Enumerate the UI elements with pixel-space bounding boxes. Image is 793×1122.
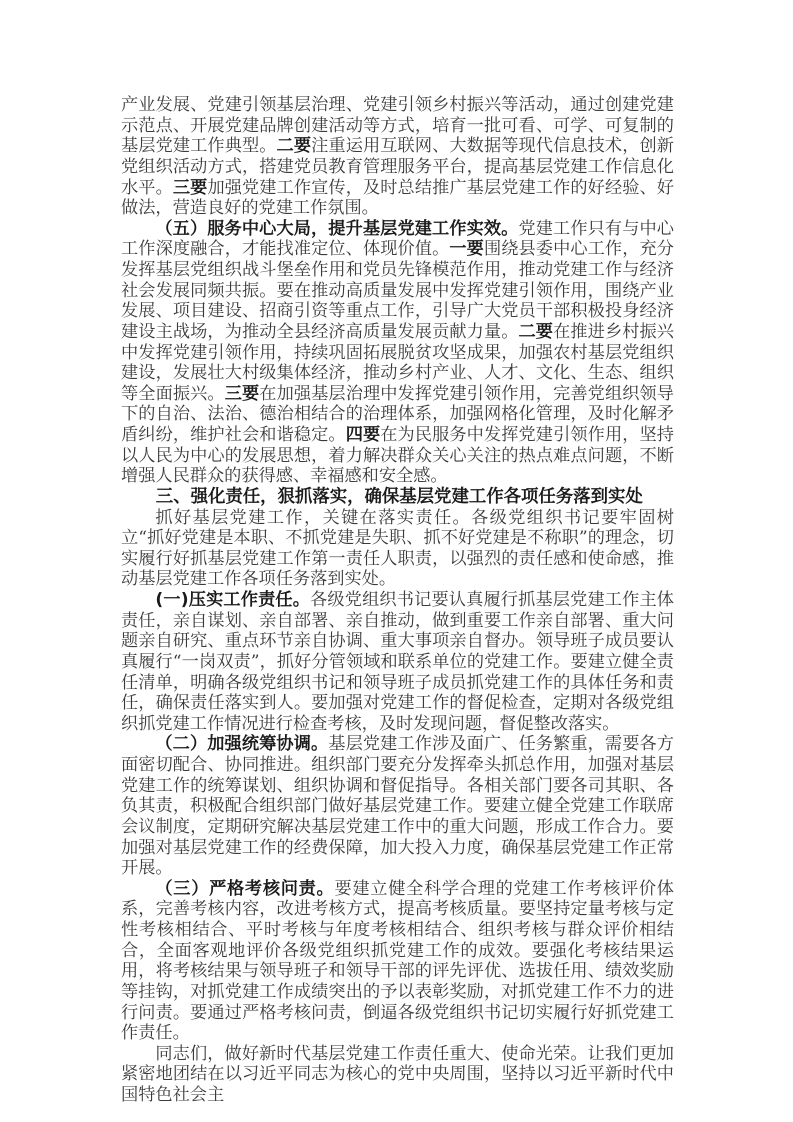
subheading: （五）服务中心大局，提升基层党建工作实效。: [155, 219, 518, 239]
paragraph-sub-1: (一)压实工作责任。各级党组织书记要认真履行抓基层党建工作主体责任，亲自谋划、亲…: [121, 590, 674, 734]
emphasis: 二要: [519, 322, 554, 342]
emphasis: 一要: [449, 239, 484, 259]
paragraph-closing: 同志们，做好新时代基层党建工作责任重大、使命光荣。让我们更加紧密地团结在以习近平…: [121, 1044, 674, 1106]
paragraph-intro: 抓好基层党建工作，关键在落实责任。各级党组织书记要牢固树立“抓好党建是本职、不抓…: [121, 508, 674, 591]
subheading: （三）严格考核问责。: [155, 879, 334, 899]
paragraph-continued: 产业发展、党建引领基层治理、党建引领乡村振兴等活动，通过创建党建示范点、开展党建…: [121, 95, 674, 219]
paragraph-section-5: （五）服务中心大局，提升基层党建工作实效。党建工作只有与中心工作深度融合，才能找…: [121, 219, 674, 487]
paragraph-sub-2: （二）加强统筹协调。基层党建工作涉及面广、任务繁重，需要各方面密切配合、协同推进…: [121, 734, 674, 878]
paragraph-sub-3: （三）严格考核问责。要建立健全科学合理的党建工作考核评价体系，完善考核内容，改进…: [121, 879, 674, 1044]
subheading: （二）加强统筹协调。: [155, 734, 328, 754]
document-page: 产业发展、党建引领基层治理、党建引领乡村振兴等活动，通过创建党建示范点、开展党建…: [121, 95, 674, 1106]
emphasis: 三要: [225, 384, 260, 404]
section-heading: 三、强化责任，狠抓落实，确保基层党建工作各项任务落到实处: [121, 487, 674, 508]
emphasis: 三要: [173, 178, 208, 198]
subheading: (一)压实工作责任。: [155, 590, 310, 610]
emphasis: 四要: [346, 425, 381, 445]
emphasis: 二要: [277, 136, 312, 156]
